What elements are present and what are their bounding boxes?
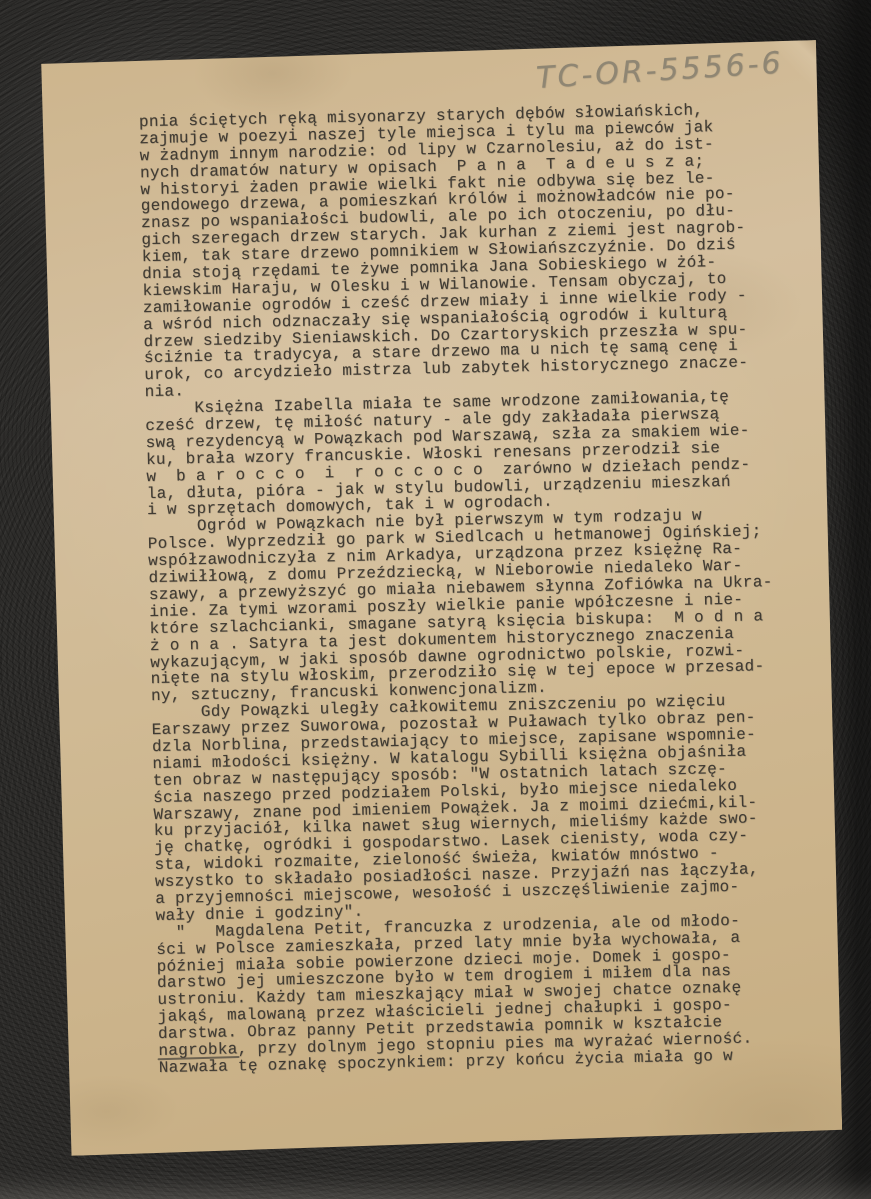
archival-code-annotation: TC-OR-5556-6 [535,46,784,96]
document-page: TC-OR-5556-6 pnia ściętych ręką misyonar… [38,40,843,1156]
leather-background: TC-OR-5556-6 pnia ściętych ręką misyonar… [0,0,871,1199]
typewritten-text-block: pnia ściętych ręką misyonarzy starych dę… [139,101,783,1077]
